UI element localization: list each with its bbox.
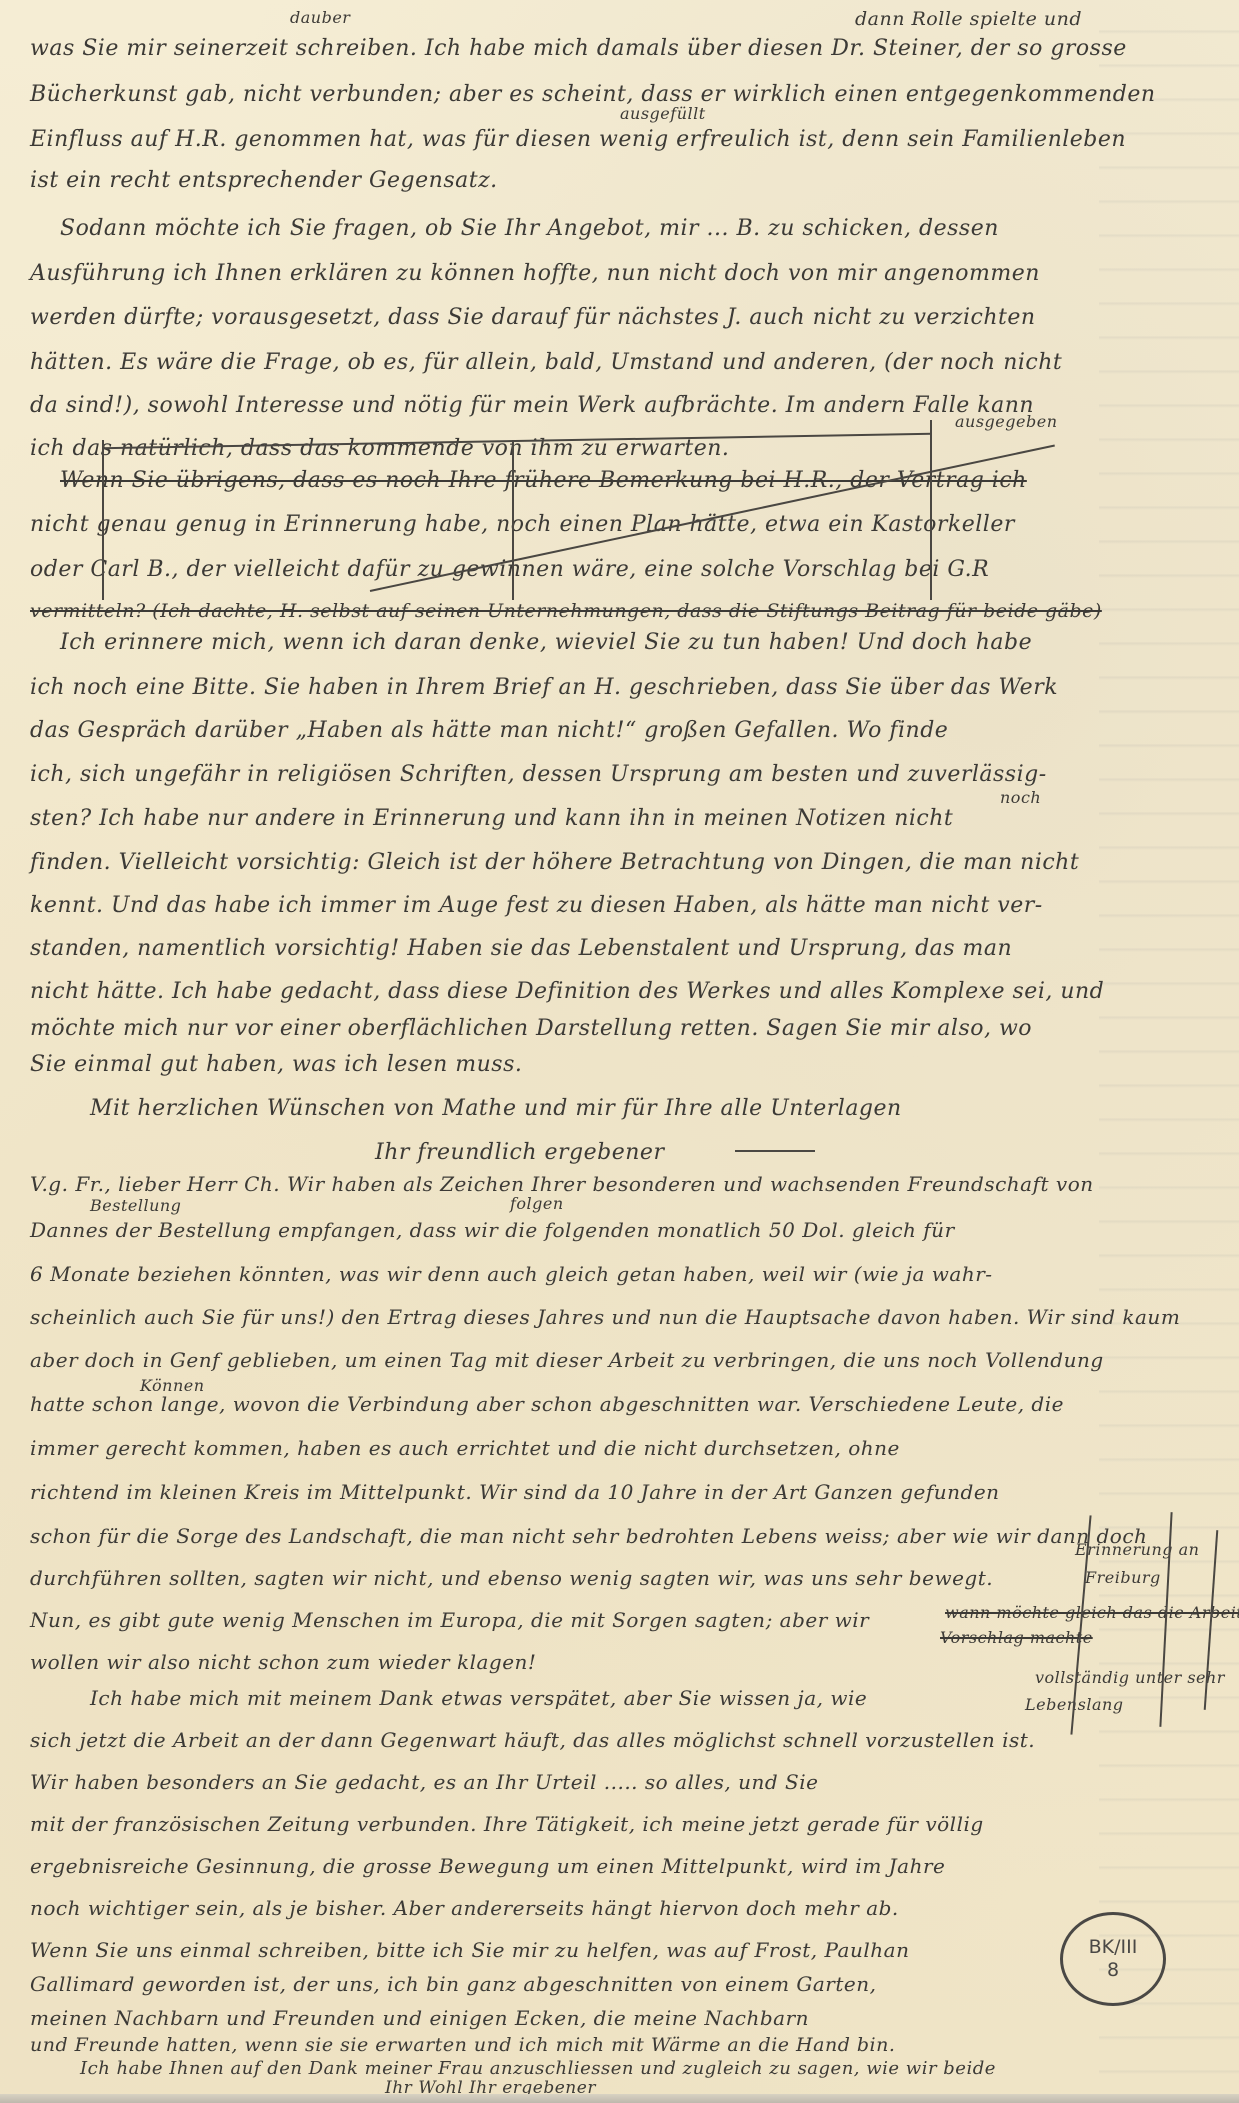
text-line: sich jetzt die Arbeit an der dann Gegenw… bbox=[30, 1728, 1035, 1752]
text-line: Wir haben besonders an Sie gedacht, es a… bbox=[30, 1770, 818, 1794]
text-line: Einfluss auf H.R. genommen hat, was für … bbox=[30, 127, 1126, 152]
text-line: hätten. Es wäre die Frage, ob es, für al… bbox=[30, 350, 1062, 375]
divider-stroke bbox=[735, 1150, 815, 1152]
text-line: sten? Ich habe nur andere in Erinnerung … bbox=[30, 806, 953, 831]
text-line: Dannes der Bestellung empfangen, dass wi… bbox=[30, 1218, 955, 1242]
box-rule bbox=[102, 440, 104, 600]
insertion: noch bbox=[1000, 788, 1041, 807]
closing-line: Ich habe Ihnen auf den Dank meiner Frau … bbox=[80, 2058, 996, 2079]
insertion: Bestellung bbox=[90, 1196, 181, 1215]
text-line: und Freunde hatten, wenn sie sie erwarte… bbox=[30, 2034, 895, 2056]
insertion: folgen bbox=[510, 1194, 564, 1213]
text-line: Ich habe mich mit meinem Dank etwas vers… bbox=[90, 1686, 867, 1710]
text-line: nicht hätte. Ich habe gedacht, dass dies… bbox=[30, 979, 1104, 1004]
text-line: immer gerecht kommen, haben es auch erri… bbox=[30, 1436, 900, 1460]
closing-line: Mit herzlichen Wünschen von Mathe und mi… bbox=[90, 1096, 902, 1121]
text-line: V.g. Fr., lieber Herr Ch. Wir haben als … bbox=[30, 1172, 1094, 1196]
text-line: was Sie mir seinerzeit schreiben. Ich ha… bbox=[30, 36, 1127, 61]
text-line: hatte schon lange, wovon die Verbindung … bbox=[30, 1392, 1064, 1416]
insertion: dauber bbox=[290, 8, 350, 27]
text-line: aber doch in Genf geblieben, um einen Ta… bbox=[30, 1348, 1104, 1372]
top-right-note: dann Rolle spielte und bbox=[855, 8, 1082, 30]
text-line: Bücherkunst gab, nicht verbunden; aber e… bbox=[30, 82, 1156, 107]
text-line: wollen wir also nicht schon zum wieder k… bbox=[30, 1650, 536, 1674]
struck-text-line: vermitteln? (Ich dachte, H. selbst auf s… bbox=[30, 600, 1102, 622]
text-line: nicht genau genug in Erinnerung habe, no… bbox=[30, 512, 1015, 537]
margin-note-line: Freiburg bbox=[1085, 1568, 1161, 1587]
text-line: 6 Monate beziehen könnten, was wir denn … bbox=[30, 1262, 993, 1286]
text-line: meinen Nachbarn und Freunden und einigen… bbox=[30, 2006, 809, 2030]
text-line: ich, sich ungefähr in religiösen Schrift… bbox=[30, 762, 1047, 787]
text-line: Wenn Sie uns einmal schreiben, bitte ich… bbox=[30, 1938, 909, 1962]
bleed-through-shadow bbox=[1099, 0, 1239, 2103]
text-line: Ich erinnere mich, wenn ich daran denke,… bbox=[60, 630, 1032, 655]
text-line: schon für die Sorge des Landschaft, die … bbox=[30, 1524, 1147, 1548]
text-line: Ausführung ich Ihnen erklären zu können … bbox=[30, 261, 1040, 286]
text-line: finden. Vielleicht vorsichtig: Gleich is… bbox=[30, 850, 1079, 875]
text-line: scheinlich auch Sie für uns!) den Ertrag… bbox=[30, 1305, 1180, 1329]
text-line: durchführen sollten, sagten wir nicht, u… bbox=[30, 1566, 993, 1590]
text-line: Gallimard geworden ist, der uns, ich bin… bbox=[30, 1972, 876, 1996]
insertion: ausgegeben bbox=[955, 412, 1058, 431]
text-line: werden dürfte; vorausgesetzt, dass Sie d… bbox=[30, 305, 1036, 330]
box-rule bbox=[512, 440, 514, 600]
text-line: ich noch eine Bitte. Sie haben in Ihrem … bbox=[30, 675, 1058, 700]
text-line: ergebnisreiche Gesinnung, die grosse Bew… bbox=[30, 1854, 945, 1878]
text-line: Sie einmal gut haben, was ich lesen muss… bbox=[30, 1052, 522, 1077]
margin-note-line: Erinnerung an bbox=[1075, 1540, 1199, 1559]
text-line: möchte mich nur vor einer oberflächliche… bbox=[30, 1016, 1032, 1041]
text-line: das Gespräch darüber „Haben als hätte ma… bbox=[30, 718, 948, 743]
stamp-item-number: 8 bbox=[1107, 1959, 1119, 1982]
text-line: richtend im kleinen Kreis im Mittelpunkt… bbox=[30, 1480, 1000, 1504]
text-line: Nun, es gibt gute wenig Menschen im Euro… bbox=[30, 1608, 869, 1632]
text-line: kennt. Und das habe ich immer im Auge fe… bbox=[30, 893, 1043, 918]
text-line: ist ein recht entsprechender Gegensatz. bbox=[30, 168, 498, 193]
text-line: mit der französischen Zeitung verbunden.… bbox=[30, 1812, 984, 1836]
margin-note-line: vollständig unter sehr bbox=[1035, 1668, 1225, 1687]
page-edge bbox=[0, 2094, 1239, 2103]
margin-note-struck-line: wann möchte gleich das die Arbeit bbox=[945, 1603, 1239, 1622]
text-line: standen, namentlich vorsichtig! Haben si… bbox=[30, 936, 1012, 961]
text-line: Sodann möchte ich Sie fragen, ob Sie Ihr… bbox=[60, 216, 999, 241]
insertion: ausgefüllt bbox=[620, 104, 706, 123]
box-rule bbox=[930, 420, 932, 600]
margin-note-struck-line: Vorschlag machte bbox=[940, 1628, 1093, 1647]
stamp-collection-code: BK/III bbox=[1089, 1936, 1138, 1959]
text-line: noch wichtiger sein, als je bisher. Aber… bbox=[30, 1896, 899, 1920]
archive-stamp: BK/III 8 bbox=[1060, 1912, 1166, 2006]
text-line: da sind!), sowohl Interesse und nötig fü… bbox=[30, 393, 1034, 418]
closing-signature: Ihr freundlich ergebener bbox=[375, 1140, 664, 1165]
